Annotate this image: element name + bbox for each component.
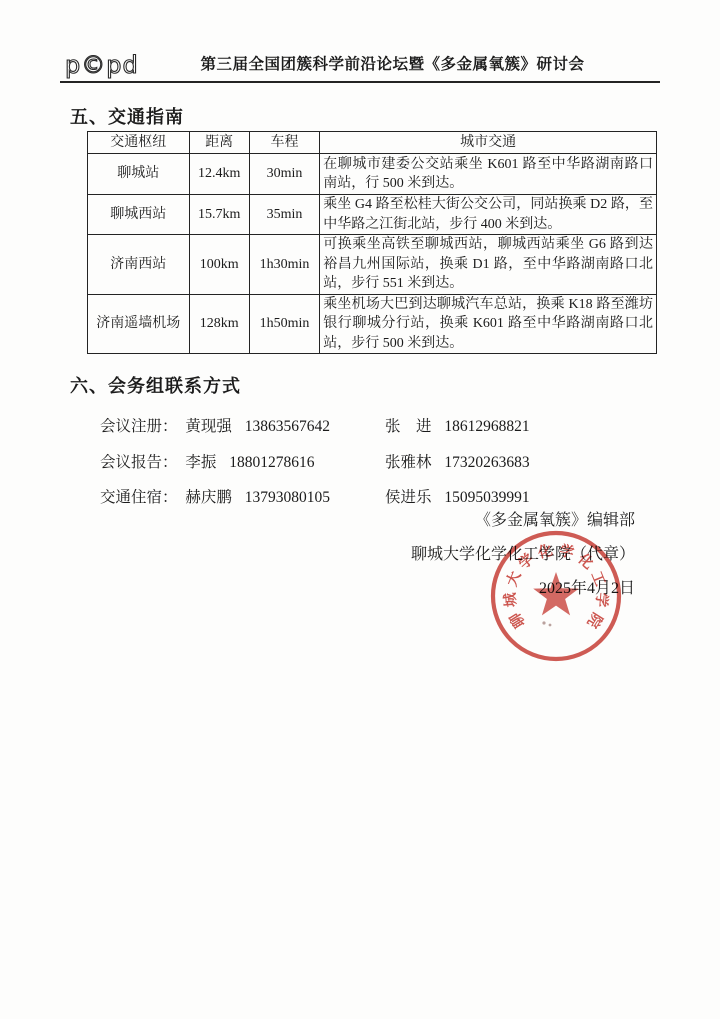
table-header-distance: 距离 bbox=[189, 132, 249, 154]
svg-text:化: 化 bbox=[574, 549, 598, 573]
official-seal-stamp: 聊城大学化学化工学院 bbox=[486, 526, 626, 666]
svg-text:城: 城 bbox=[501, 591, 520, 607]
contact-pair: 会议报告： 李振 18801278616 bbox=[100, 450, 315, 472]
contact-phone: 17320263683 bbox=[444, 454, 529, 471]
header-title: 第三届全国团簇科学前沿论坛暨《多金属氧簇》研讨会 bbox=[170, 52, 615, 74]
contact-row: 会议注册： 黄现强 13863567642 张 进 18612968821 bbox=[100, 408, 570, 444]
contact-label: 会议报告： bbox=[100, 454, 178, 471]
table-cell-distance: 15.7km bbox=[189, 195, 249, 235]
table-cell-duration: 30min bbox=[249, 154, 319, 195]
section-5-title: 五、交通指南 bbox=[70, 103, 184, 129]
table-header-city-transit: 城市交通 bbox=[320, 132, 657, 154]
table-header-hub: 交通枢纽 bbox=[88, 132, 190, 154]
popd-logo-icon: p©pd bbox=[63, 51, 147, 84]
svg-text:聊: 聊 bbox=[505, 609, 528, 631]
svg-text:化: 化 bbox=[535, 541, 555, 562]
contact-label: 交通住宿： bbox=[100, 489, 178, 506]
table-cell-duration: 1h50min bbox=[249, 294, 319, 354]
contact-phone: 18801278616 bbox=[229, 454, 314, 471]
table-row: 济南西站 100km 1h30min 可换乘坐高铁至聊城西站，聊城西站乘坐 G6… bbox=[88, 235, 657, 295]
stamp-microtext-marks bbox=[542, 621, 551, 626]
svg-text:学: 学 bbox=[515, 549, 538, 572]
contact-name: 赫庆鹏 bbox=[185, 489, 232, 506]
svg-text:学: 学 bbox=[592, 592, 611, 608]
contact-phone: 13793080105 bbox=[245, 489, 330, 506]
table-cell-hub: 聊城站 bbox=[88, 154, 190, 195]
table-cell-hub: 济南遥墙机场 bbox=[88, 294, 190, 354]
table-row: 济南遥墙机场 128km 1h50min 乘坐机场大巴到达聊城汽车总站，换乘 K… bbox=[88, 294, 657, 354]
table-header-duration: 车程 bbox=[249, 132, 319, 154]
contact-name: 张 进 bbox=[385, 418, 432, 435]
contact-pair: 会议注册： 黄现强 13863567642 bbox=[100, 414, 330, 436]
table-cell-directions: 可换乘坐高铁至聊城西站，聊城西站乘坐 G6 路到达裕昌九州国际站，换乘 D1 路… bbox=[320, 235, 657, 295]
contact-label: 会议注册： bbox=[100, 418, 178, 435]
document-header: p©pd 第三届全国团簇科学前沿论坛暨《多金属氧簇》研讨会 bbox=[60, 44, 660, 83]
table-cell-duration: 35min bbox=[249, 195, 319, 235]
svg-text:工: 工 bbox=[588, 569, 608, 589]
table-cell-directions: 乘坐 G4 路至松桂大街公交公司，同站换乘 D2 路，至中华路之江街北站，步行 … bbox=[320, 195, 657, 235]
contact-pair: 张 进 18612968821 bbox=[385, 414, 530, 436]
table-cell-duration: 1h30min bbox=[249, 235, 319, 295]
svg-text:学: 学 bbox=[558, 541, 577, 562]
contact-phone: 18612968821 bbox=[444, 418, 529, 435]
table-header-row: 交通枢纽 距离 车程 城市交通 bbox=[88, 132, 657, 154]
table-cell-hub: 聊城西站 bbox=[88, 195, 190, 235]
contact-list: 会议注册： 黄现强 13863567642 张 进 18612968821 会议… bbox=[100, 408, 570, 515]
svg-text:院: 院 bbox=[583, 609, 606, 631]
table-cell-directions: 在聊城市建委公交站乘坐 K601 路至中华路湖南路口南站，行 500 米到达。 bbox=[320, 154, 657, 195]
popd-logo-text: p©pd bbox=[65, 51, 139, 79]
table-cell-distance: 12.4km bbox=[189, 154, 249, 195]
contact-row: 会议报告： 李振 18801278616 张雅林 17320263683 bbox=[100, 444, 570, 480]
contact-phone: 13863567642 bbox=[245, 418, 330, 435]
table-cell-distance: 100km bbox=[189, 235, 249, 295]
star-icon bbox=[533, 572, 579, 615]
contact-pair: 张雅林 17320263683 bbox=[385, 450, 530, 472]
contact-pair: 交通住宿： 赫庆鹏 13793080105 bbox=[100, 485, 330, 507]
table-cell-directions: 乘坐机场大巴到达聊城汽车总站，换乘 K18 路至潍坊银行聊城分行站，换乘 K60… bbox=[320, 294, 657, 354]
contact-name: 黄现强 bbox=[185, 418, 232, 435]
section-6-title: 六、会务组联系方式 bbox=[70, 372, 241, 398]
table-cell-distance: 128km bbox=[189, 294, 249, 354]
table-cell-hub: 济南西站 bbox=[88, 235, 190, 295]
contact-name: 张雅林 bbox=[385, 454, 432, 471]
document-page: p©pd 第三届全国团簇科学前沿论坛暨《多金属氧簇》研讨会 五、交通指南 交通枢… bbox=[0, 0, 720, 1019]
transport-guide-table: 交通枢纽 距离 车程 城市交通 聊城站 12.4km 30min 在聊城市建委公… bbox=[87, 131, 657, 354]
table-row: 聊城西站 15.7km 35min 乘坐 G4 路至松桂大街公交公司，同站换乘 … bbox=[88, 195, 657, 235]
svg-text:大: 大 bbox=[503, 568, 524, 588]
table-row: 聊城站 12.4km 30min 在聊城市建委公交站乘坐 K601 路至中华路湖… bbox=[88, 154, 657, 195]
contact-name: 李振 bbox=[185, 454, 216, 471]
